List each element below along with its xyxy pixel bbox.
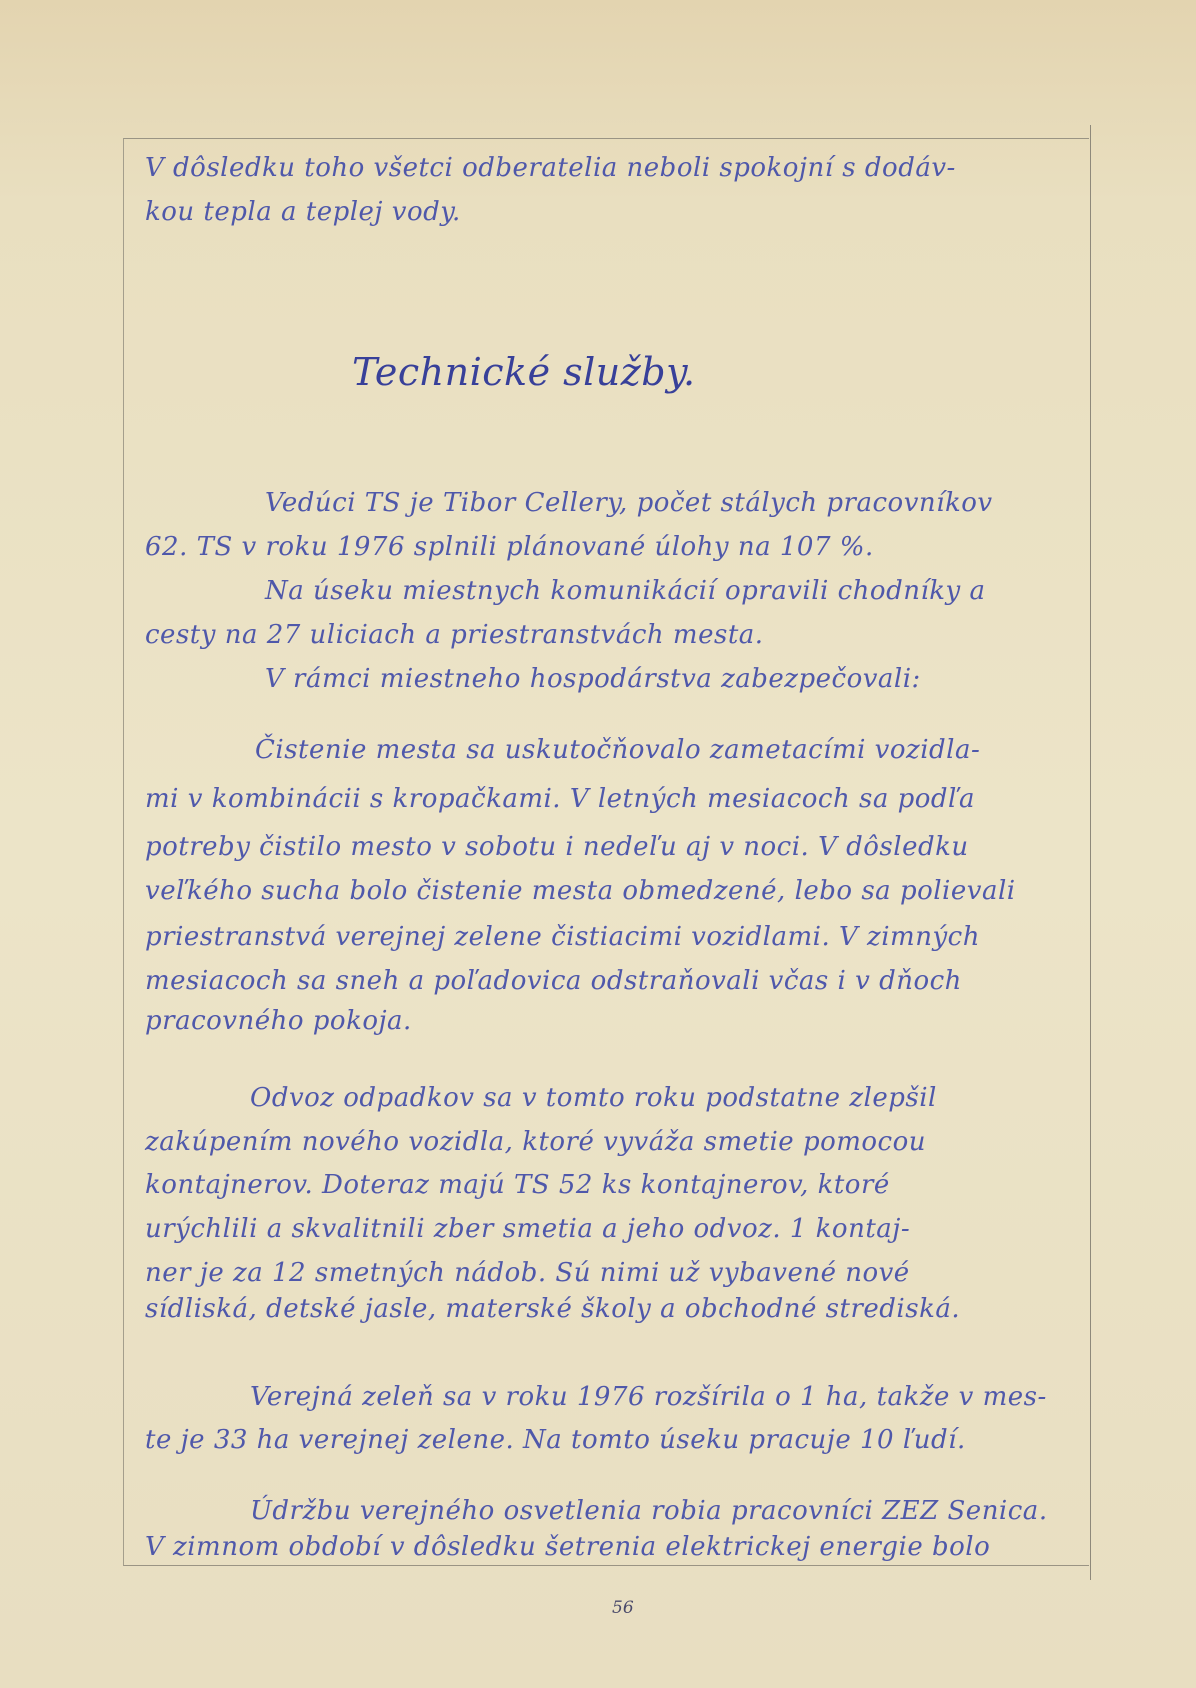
paragraph-5-line-1: Odvoz odpadkov sa v tomto roku podstatne… [250,1083,937,1113]
paragraph-2-line-1: Na úseku miestnych komunikácií opravili … [265,576,986,606]
paragraph-3-line-1: V rámci miestneho hospodárstva zabezpečo… [265,664,921,694]
paragraph-4-line-1: Čistenie mesta sa uskutočňovalo zametací… [255,735,980,765]
paragraph-5-line-2: zakúpením nového vozidla, ktoré vyváža s… [145,1127,926,1157]
paragraph-4-line-3: potreby čistilo mesto v sobotu i nedeľu … [145,832,969,862]
section-title: Technické služby. [352,350,696,394]
paragraph-4-line-5: priestranstvá verejnej zelene čistiacimi… [145,922,980,952]
paragraph-7-line-2: V zimnom období v dôsledku šetrenia elek… [145,1532,990,1562]
intro-line-1: V dôsledku toho všetci odberatelia nebol… [145,153,956,183]
paragraph-1-line-2: 62. TS v roku 1976 splnili plánované úlo… [145,532,874,562]
paragraph-4-line-7: pracovného pokoja. [145,1006,412,1036]
paragraph-5-line-6: sídliská, detské jasle, materské školy a… [145,1294,960,1324]
paragraph-5-line-4: urýchlili a skvalitnili zber smetia a je… [145,1214,910,1244]
paragraph-7-line-1: Údržbu verejného osvetlenia robia pracov… [250,1496,1048,1526]
paragraph-6-line-1: Verejná zeleň sa v roku 1976 rozšírila o… [250,1382,1047,1412]
paragraph-4-line-4: veľkého sucha bolo čistenie mesta obmedz… [145,876,1016,906]
paragraph-4-line-6: mesiacoch sa sneh a poľadovica odstraňov… [145,966,962,996]
page-number: 56 [612,1598,634,1618]
paragraph-5-line-5: ner je za 12 smetných nádob. Sú nimi už … [145,1258,910,1288]
paragraph-2-line-2: cesty na 27 uliciach a priestranstvách m… [145,620,764,650]
paragraph-5-line-3: kontajnerov. Doteraz majú TS 52 ks konta… [145,1170,890,1200]
paragraph-6-line-2: te je 33 ha verejnej zelene. Na tomto ús… [145,1425,966,1455]
paragraph-1-line-1: Vedúci TS je Tibor Cellery, počet stályc… [265,488,993,518]
intro-line-2: kou tepla a teplej vody. [145,197,461,227]
right-margin-rule [1090,125,1091,1580]
paragraph-4-line-2: mi v kombinácii s kropačkami. V letných … [145,784,975,814]
